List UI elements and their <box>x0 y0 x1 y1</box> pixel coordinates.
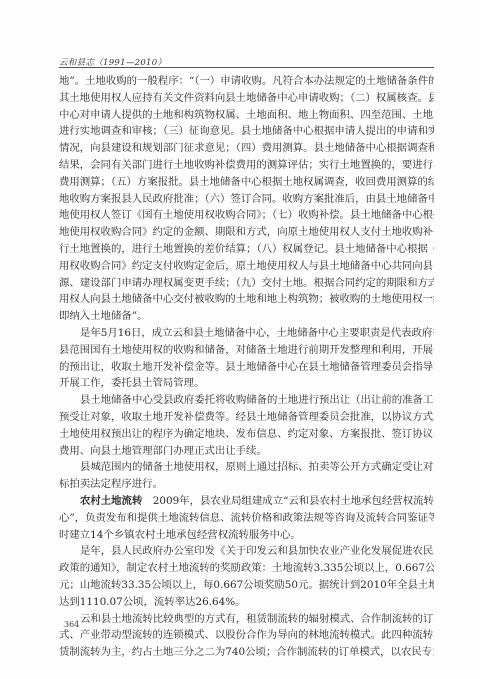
text-line: 中心对申请人提供的土地和构筑物权属、土地面积、地上物面积、四至范围、土地用途等情… <box>59 107 434 124</box>
line-text: 结果，会同有关部门进行土地收购补偿费用的测算评估；实行土地置换的，要进行相应的土… <box>59 159 434 171</box>
line-text: 用权收购合同》约定支付收购定金后，原土地使用权人与县土地储备中心共同向县国土资 <box>59 260 434 272</box>
line-text: 情况，向县建设和规划部门征求意见；（四）费用测算。县土地储备中心根据调查和征询意… <box>59 142 434 154</box>
line-text: 政策的通知》，制定农村土地流转的奖励政策：土地流转3.335公顷以上，0.667… <box>59 562 434 574</box>
line-text: 进行实地调查和审核；（三）征询意见。县土地储备中心根据申请人提出的申请和实际调查… <box>59 125 434 137</box>
line-text: 用权人向县土地储备中心交付被收购的土地和地上构筑物；被收购的土地使用权一经交付， <box>59 293 434 305</box>
text-line: 县城范围内的储备土地使用权，原则上通过招标、拍卖等公开方式确定受让对象，按招 <box>59 459 434 476</box>
line-text: 费用测算；（五）方案报批。县土地储备中心根据土地权属调查，收回费用测算的结果，提… <box>59 176 434 188</box>
text-line: 县范围国有土地使用权的收购和储备，对储备土地进行前期开发整理和利用，开展储备土地 <box>59 342 434 359</box>
text-line: 情况，向县建设和规划部门征求意见；（四）费用测算。县土地储备中心根据调查和征询意… <box>59 140 434 157</box>
text-line: 土地使用权预出让的程序为确定地块、发布信息、约定对象、方案报批、签订协议、支付补… <box>59 426 434 443</box>
text-line: 源、建设部门申请办理权属变更手续；（九）交付土地。根据合同约定的期限和方式，原土… <box>59 275 434 292</box>
text-line: 地收购方案报县人民政府批准；（六）签订合同。收购方案批准后，由县土地储备中心与原… <box>59 191 434 208</box>
text-line: 费用、向县土地管理部门办理正式出让手续。 <box>59 443 434 460</box>
line-text: 是年，县人民政府办公室印发《关于印发云和县加快农业产业化发展促进农民增收若干 <box>80 545 434 557</box>
line-text: 地”。土地收购的一般程序：“（一）申请收购。凡符合本办法规定的土地储备条件的国有… <box>59 75 434 87</box>
text-line: 赁制流转为主，约占土地三分之二为740公顷；合作制流转的订单模式，以农民专业合作… <box>59 644 434 661</box>
text-line: 其土地使用权人应持有关文件资料向县土地储备中心申请收购；（二）权属核查。县土地储… <box>59 90 434 107</box>
header-rule <box>59 67 434 68</box>
text-line: 费用测算；（五）方案报批。县土地储备中心根据土地权属调查，收回费用测算的结果，提… <box>59 174 434 191</box>
line-text: 中心对申请人提供的土地和构筑物权属、土地面积、地上物面积、四至范围、土地用途等情… <box>59 109 434 121</box>
line-text: 源、建设部门申请办理权属变更手续；（九）交付土地。根据合同约定的期限和方式，原土… <box>59 277 434 289</box>
text-line: 是年5月16日，成立云和县土地储备中心，土地储备中心主要职责是代表政府行使全 <box>59 325 434 342</box>
line-text: 其土地使用权人应持有关文件资料向县土地储备中心申请收购；（二）权属核查。县土地储… <box>59 92 434 104</box>
text-line: 即纳入土地储备”。 <box>59 308 434 325</box>
line-text: 县土地储备中心受县政府委托将收购储备的土地进行预出让（出让前的准备工作），约定 <box>80 394 434 406</box>
text-line: 式、产业带动型流转的连锁模式、以股份合作为导向的林地流转模式。此四种流转模式以租 <box>59 627 434 644</box>
text-line: 标拍卖法定程序进行。 <box>59 476 434 493</box>
text-line: 云和县土地流转比较典型的方式有，租赁制流转的辐射模式、合作制流转的订单农业模 <box>59 611 434 628</box>
document-page: 云和县志（1991—2010） 地”。土地收购的一般程序：“（一）申请收购。凡符… <box>0 0 480 679</box>
line-text: 预受让对象，收取土地开发补偿费等。经县土地储备管理委员会批准，以协议方式进行储备 <box>59 411 434 423</box>
text-line: 的预出让，收取土地开发补偿金等。县土地储备中心在县土地储备管理委员会指导和监督下 <box>59 359 434 376</box>
line-text: 是年5月16日，成立云和县土地储备中心，土地储备中心主要职责是代表政府行使全 <box>80 327 434 339</box>
line-text: 时建立14个乡镇农村土地承包经营权流转服务中心。 <box>59 529 301 541</box>
text-line: 地使用权人签订《国有土地使用权收购合同》；（七）收购补偿。县土地储备中心根据《国… <box>59 207 434 224</box>
line-text: 心”，负责发布和提供土地流转信息、流转价格和政策法规等咨询及流转合同鉴证等服务，… <box>59 512 434 524</box>
text-line: 行土地置换的，进行土地置换的差价结算；（八）权属登记。县土地储备中心根据《国有土… <box>59 241 434 258</box>
text-line: 政策的通知》，制定农村土地流转的奖励政策：土地流转3.335公顷以上，0.667… <box>59 560 434 577</box>
line-text: 地使用权人签订《国有土地使用权收购合同》；（七）收购补偿。县土地储备中心根据《国… <box>59 209 434 221</box>
line-text: 2009年，县农业局组建成立“云和县农村土地承包经营权流转服务中 <box>142 495 434 507</box>
line-text: 达到1110.07公顷，流转率达26.64%。 <box>59 596 246 608</box>
text-line: 心”，负责发布和提供土地流转信息、流转价格和政策法规等咨询及流转合同鉴证等服务，… <box>59 510 434 527</box>
line-text: 县范围国有土地使用权的收购和储备，对储备土地进行前期开发整理和利用，开展储备土地 <box>59 344 434 356</box>
text-line: 用权人向县土地储备中心交付被收购的土地和地上构筑物；被收购的土地使用权一经交付， <box>59 291 434 308</box>
text-line: 达到1110.07公顷，流转率达26.64%。 <box>59 594 434 611</box>
text-line: 进行实地调查和审核；（三）征询意见。县土地储备中心根据申请人提出的申请和实际调查… <box>59 123 434 140</box>
text-line: 开展工作，委托县土管局管理。 <box>59 375 434 392</box>
line-text: 云和县土地流转比较典型的方式有，租赁制流转的辐射模式、合作制流转的订单农业模 <box>80 613 434 625</box>
page-number: 364 <box>64 620 79 629</box>
line-text: 元；山地流转33.35公顷以上，每0.667公顷奖励50元。据统计到2010年全… <box>59 579 434 591</box>
text-line: 元；山地流转33.35公顷以上，每0.667公顷奖励50元。据统计到2010年全… <box>59 577 434 594</box>
line-text: 费用、向县土地管理部门办理正式出让手续。 <box>59 445 267 457</box>
line-text: 土地使用权预出让的程序为确定地块、发布信息、约定对象、方案报批、签订协议、支付补… <box>59 428 434 440</box>
line-text: 赁制流转为主，约占土地三分之二为740公顷；合作制流转的订单模式，以农民专业合作… <box>59 646 434 658</box>
text-line: 结果，会同有关部门进行土地收购补偿费用的测算评估；实行土地置换的，要进行相应的土… <box>59 157 434 174</box>
text-line: 用权收购合同》约定支付收购定金后，原土地使用权人与县土地储备中心共同向县国土资 <box>59 258 434 275</box>
text-line: 预受让对象，收取土地开发补偿费等。经县土地储备管理委员会批准，以协议方式进行储备 <box>59 409 434 426</box>
text-line: 时建立14个乡镇农村土地承包经营权流转服务中心。 <box>59 527 434 544</box>
line-text: 的预出让，收取土地开发补偿金等。县土地储备中心在县土地储备管理委员会指导和监督下 <box>59 361 434 373</box>
line-text: 标拍卖法定程序进行。 <box>59 478 163 490</box>
text-line: 地使用权收购合同》约定的金额、期限和方式，向原土地使用权人支付土地收购补偿费用；… <box>59 224 434 241</box>
line-text: 即纳入土地储备”。 <box>59 310 147 322</box>
line-text: 开展工作，委托县土管局管理。 <box>59 377 204 389</box>
text-line: 农村土地流转 2009年，县农业局组建成立“云和县农村土地承包经营权流转服务中 <box>59 493 434 510</box>
body-text: 地”。土地收购的一般程序：“（一）申请收购。凡符合本办法规定的土地储备条件的国有… <box>59 73 434 661</box>
line-text: 地使用权收购合同》约定的金额、期限和方式，向原土地使用权人支付土地收购补偿费用；… <box>59 226 434 238</box>
text-line: 地”。土地收购的一般程序：“（一）申请收购。凡符合本办法规定的土地储备条件的国有… <box>59 73 434 90</box>
line-text: 县城范围内的储备土地使用权，原则上通过招标、拍卖等公开方式确定受让对象，按招 <box>80 461 434 473</box>
text-line: 是年，县人民政府办公室印发《关于印发云和县加快农业产业化发展促进农民增收若干 <box>59 543 434 560</box>
line-text: 式、产业带动型流转的连锁模式、以股份合作为导向的林地流转模式。此四种流转模式以租 <box>59 629 434 641</box>
line-text: 行土地置换的，进行土地置换的差价结算；（八）权属登记。县土地储备中心根据《国有土… <box>59 243 434 255</box>
section-heading: 农村土地流转 <box>80 495 142 507</box>
line-text: 地收购方案报县人民政府批准；（六）签订合同。收购方案批准后，由县土地储备中心与原… <box>59 193 434 205</box>
text-line: 县土地储备中心受县政府委托将收购储备的土地进行预出让（出让前的准备工作），约定 <box>59 392 434 409</box>
